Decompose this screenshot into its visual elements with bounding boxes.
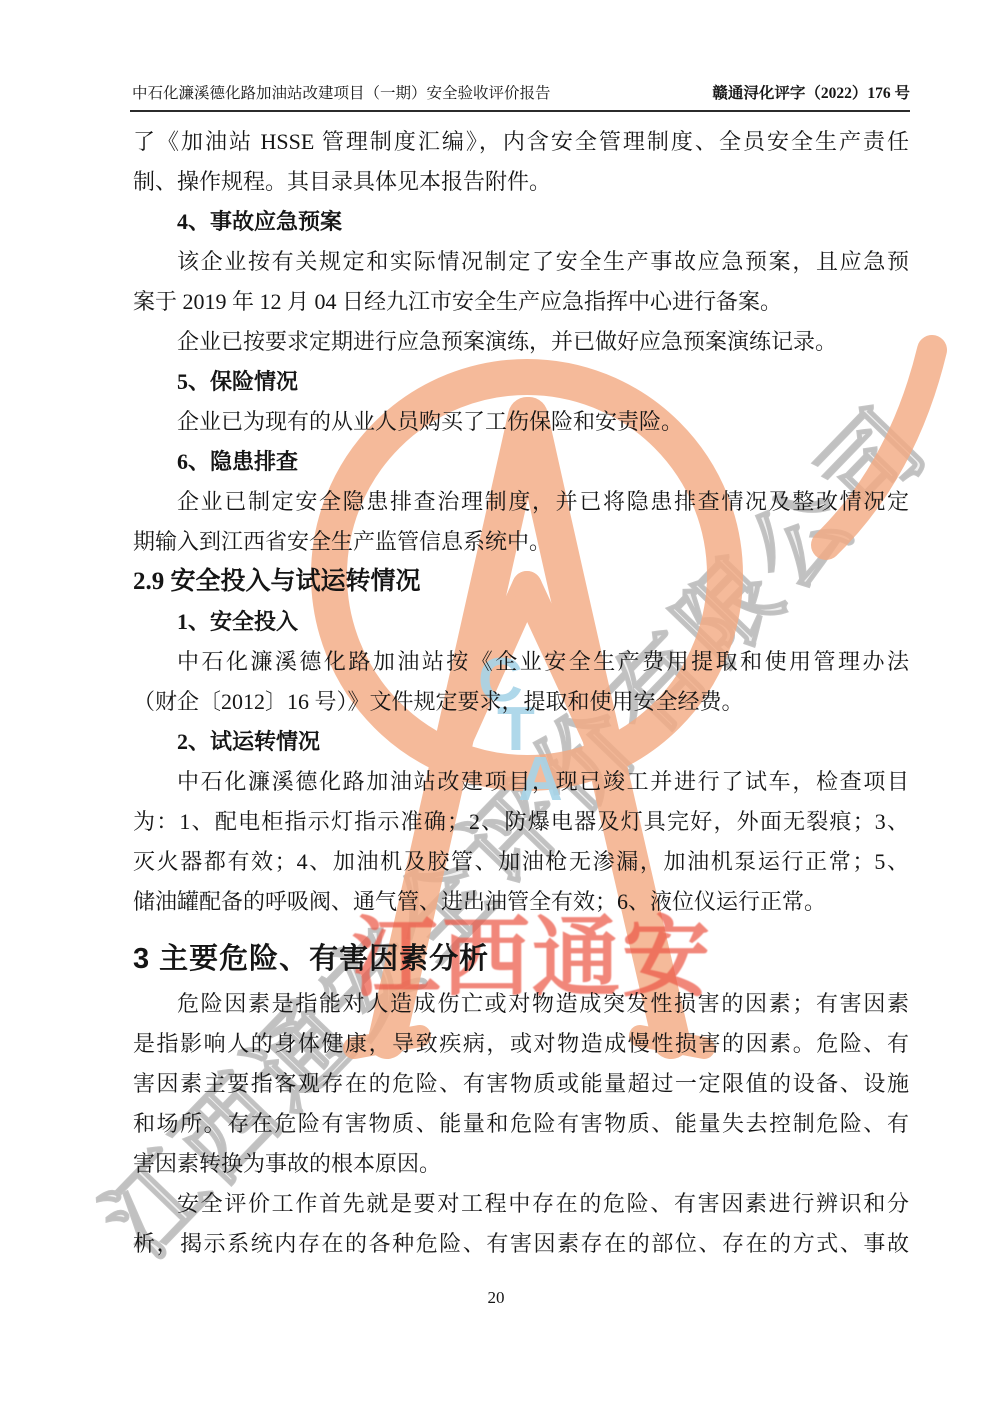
- document-body: 了《加油站 HSSE 管理制度汇编》，内含安全管理制度、全员安全生产责任制、操作…: [133, 0, 909, 1264]
- body-line: 灭火器都有效；4、加油机及胶管、加油枪无渗漏，加油机泵运行正常；5、: [133, 842, 909, 882]
- body-line: 案于 2019 年 12 月 04 日经九江市安全生产应急指挥中心进行备案。: [133, 282, 909, 322]
- body-line: 储油罐配备的呼吸阀、通气管、进出油管全有效；6、液位仪运行正常。: [133, 882, 909, 922]
- body-line: 了《加油站 HSSE 管理制度汇编》，内含安全管理制度、全员安全生产责任: [133, 122, 909, 162]
- body-line: 企业已为现有的从业人员购买了工伤保险和安责险。: [133, 402, 909, 442]
- subsection-heading: 5、保险情况: [133, 362, 909, 402]
- body-line: 和场所。存在危险有害物质、能量和危险有害物质、能量失去控制危险、有: [133, 1104, 909, 1144]
- page-footer: 20: [0, 1288, 992, 1308]
- section-heading: 2.9 安全投入与试运转情况: [133, 562, 909, 602]
- body-line: 中石化濂溪德化路加油站改建项目，现已竣工并进行了试车，检查项目: [133, 762, 909, 802]
- body-line: 该企业按有关规定和实际情况制定了安全生产事故应急预案，且应急预: [133, 242, 909, 282]
- body-line: 企业已按要求定期进行应急预案演练，并已做好应急预案演练记录。: [133, 322, 909, 362]
- subsection-heading: 6、隐患排查: [133, 442, 909, 482]
- page-number: 20: [488, 1288, 505, 1307]
- body-line: 企业已制定安全隐患排查治理制度，并已将隐患排查情况及整改情况定: [133, 482, 909, 522]
- body-line: （财企〔2012〕16 号）》文件规定要求，提取和使用安全经费。: [133, 682, 909, 722]
- body-line: 为：1、配电柜指示灯指示准确；2、防爆电器及灯具完好，外面无裂痕；3、: [133, 802, 909, 842]
- body-line: 中石化濂溪德化路加油站按《企业安全生产费用提取和使用管理办法: [133, 642, 909, 682]
- subsection-heading: 2、试运转情况: [133, 722, 909, 762]
- body-line: 析，揭示系统内存在的各种危险、有害因素存在的部位、存在的方式、事故: [133, 1224, 909, 1264]
- body-line: 害因素转换为事故的根本原因。: [133, 1144, 909, 1184]
- chapter-heading: 3 主要危险、有害因素分析: [133, 934, 909, 984]
- body-line: 安全评价工作首先就是要对工程中存在的危险、有害因素进行辨识和分: [133, 1184, 909, 1224]
- subsection-heading: 1、安全投入: [133, 602, 909, 642]
- body-line: 害因素主要指客观存在的危险、有害物质或能量超过一定限值的设备、设施: [133, 1064, 909, 1104]
- body-line: 制、操作规程。其目录具体见本报告附件。: [133, 162, 909, 202]
- body-line: 危险因素是指能对人造成伤亡或对物造成突发性损害的因素；有害因素: [133, 984, 909, 1024]
- document-page: 江西通安全评价有限公司 C T A 江西通安 中石化濂溪德化路加油站改建项目（一…: [0, 0, 992, 1403]
- subsection-heading: 4、事故应急预案: [133, 202, 909, 242]
- body-line: 期输入到江西省安全生产监管信息系统中。: [133, 522, 909, 562]
- body-line: 是指影响人的身体健康，导致疾病，或对物造成慢性损害的因素。危险、有: [133, 1024, 909, 1064]
